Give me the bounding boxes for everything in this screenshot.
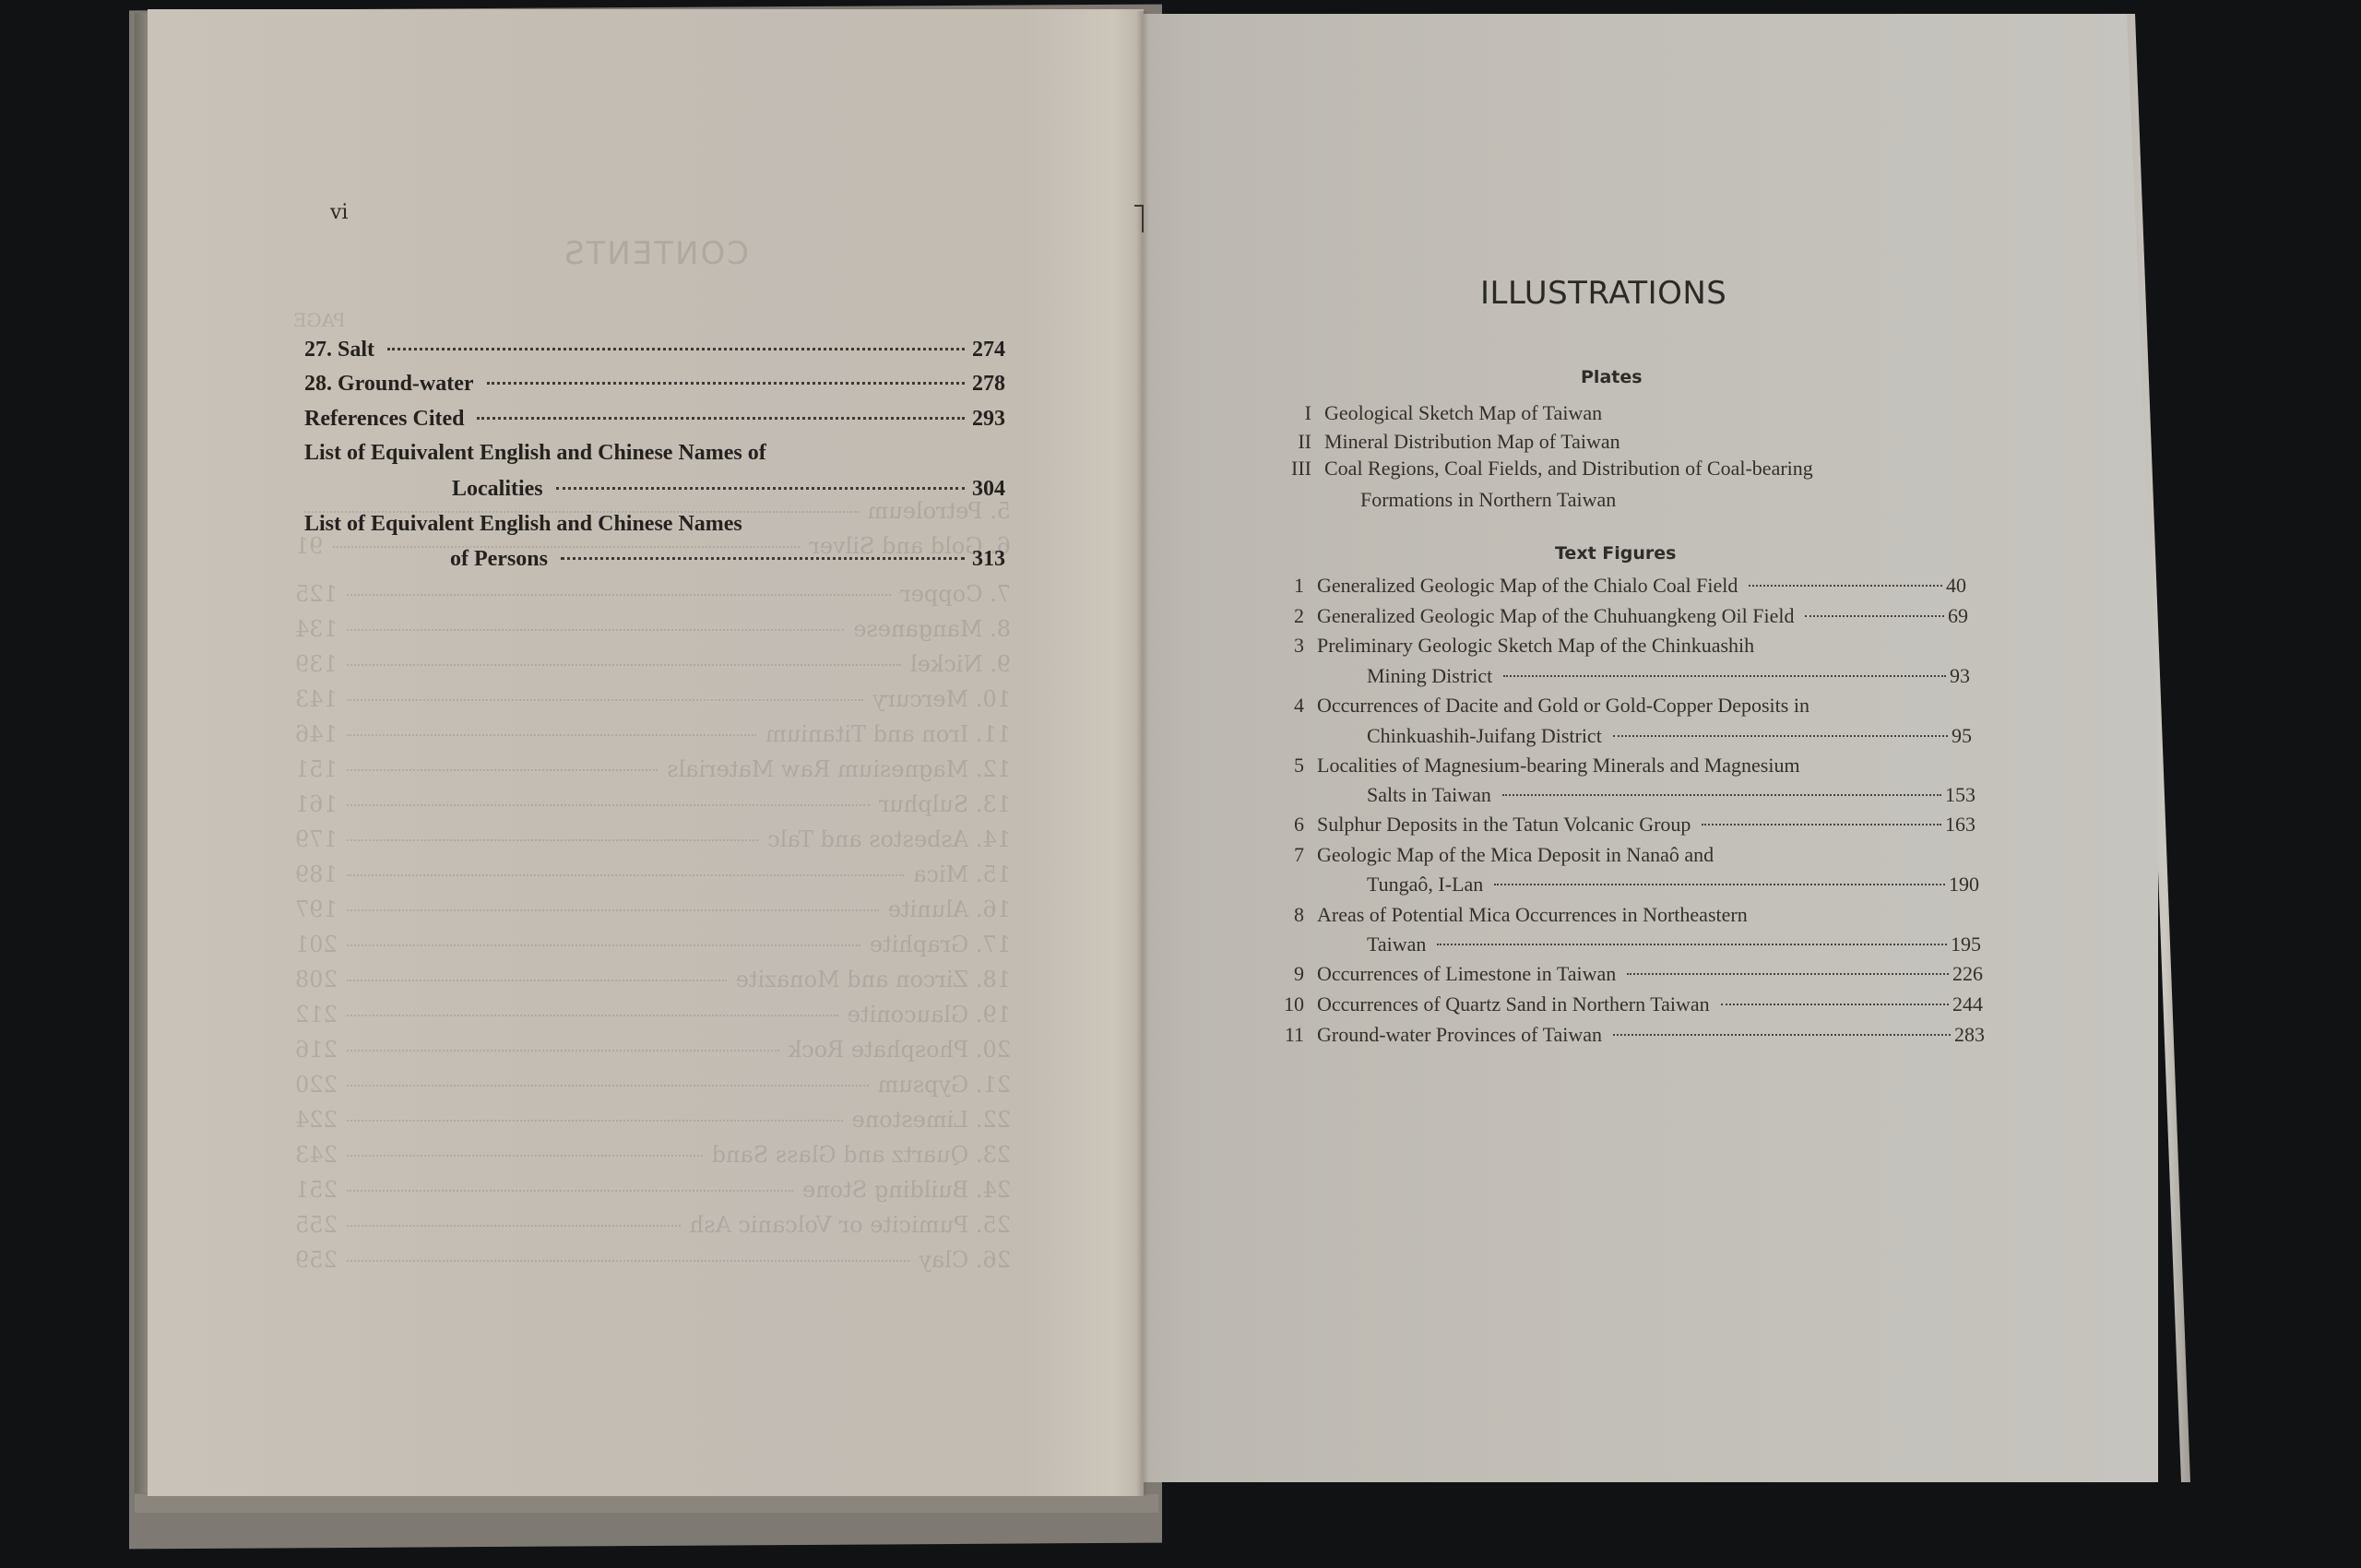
figure-entry[interactable]: 3Preliminary Geologic Sketch Map of the … (1273, 634, 1983, 661)
plate-entry[interactable]: IIICoal Regions, Coal Fields, and Distri… (1264, 457, 1813, 484)
toc-entry-ground-water[interactable]: 28. Ground-water 278 (304, 372, 1005, 403)
show-through-row: 24. Building Stone251 (295, 1177, 1011, 1205)
show-through-row: 16. Alunite197 (295, 897, 1011, 924)
show-through-page-header: PAGE (293, 309, 346, 331)
text-figures-heading: Text Figures (1555, 543, 1676, 564)
figure-entry-continuation[interactable]: Salts in Taiwan153 (1273, 783, 1975, 811)
toc-entry-references-cited[interactable]: References Cited 293 (304, 407, 1005, 438)
figure-entry[interactable]: 7Geologic Map of the Mica Deposit in Nan… (1273, 843, 1983, 871)
figure-entry-continuation[interactable]: Tungaô, I-Lan190 (1273, 873, 1979, 900)
plate-entry[interactable]: IIMineral Distribution Map of Taiwan (1264, 430, 1620, 457)
page-number: vi (330, 201, 348, 224)
show-through-row: 15. Mica189 (295, 861, 1011, 889)
toc-entry-salt[interactable]: 27. Salt 274 (304, 338, 1005, 369)
figure-entry-continuation[interactable]: Taiwan195 (1273, 932, 1981, 960)
binding-thread (1134, 205, 1144, 232)
show-through-row: 7. Copper125 (295, 581, 1011, 609)
page-title: ILLUSTRATIONS (1480, 275, 1726, 312)
show-through-row: 9. Nickel139 (295, 651, 1011, 679)
dot-leader (556, 487, 965, 490)
figure-entry[interactable]: 9Occurrences of Limestone in Taiwan226 (1273, 962, 1983, 990)
show-through-row: 21. Gypsum220 (295, 1072, 1011, 1099)
show-through-row: 25. Pumicite or Volcanic Ash255 (295, 1212, 1011, 1240)
figure-entry[interactable]: 10Occurrences of Quartz Sand in Northern… (1273, 992, 1983, 1020)
show-through-row: 17. Graphite201 (295, 932, 1011, 959)
dot-leader (487, 382, 965, 385)
toc-entry-persons-line1[interactable]: List of Equivalent English and Chinese N… (304, 512, 1005, 543)
show-through-row: 26. Clay259 (295, 1247, 1011, 1275)
show-through-row: 13. Sulphur161 (295, 791, 1011, 819)
plates-heading: Plates (1581, 367, 1643, 387)
show-through-row: 8. Manganese134 (295, 616, 1011, 644)
figure-entry[interactable]: 2Generalized Geologic Map of the Chuhuan… (1273, 604, 1968, 632)
figure-entry[interactable]: 11Ground-water Provinces of Taiwan283 (1273, 1023, 1985, 1051)
figure-entry[interactable]: 8Areas of Potential Mica Occurrences in … (1273, 903, 1983, 931)
dot-leader (477, 417, 965, 420)
show-through-title: CONTENTS (563, 235, 749, 272)
toc-entry-localities[interactable]: Localities 304 (304, 477, 1005, 508)
show-through-row: 23. Quartz and Glass Sand243 (295, 1142, 1011, 1170)
show-through-row: 10. Mercury143 (295, 686, 1011, 714)
figure-entry[interactable]: 4Occurrences of Dacite and Gold or Gold-… (1273, 694, 1983, 721)
page-stack-bottom (135, 1494, 1158, 1513)
show-through-row: 14. Asbestos and Talc179 (295, 826, 1011, 854)
figure-entry[interactable]: 6Sulphur Deposits in the Tatun Volcanic … (1273, 813, 1975, 840)
show-through-row: 19. Glauconite212 (295, 1002, 1011, 1029)
figure-entry-continuation[interactable]: Mining District93 (1273, 664, 1970, 692)
plate-entry[interactable]: IGeological Sketch Map of Taiwan (1264, 401, 1602, 429)
figure-entry[interactable]: 5Localities of Magnesium-bearing Mineral… (1273, 754, 1983, 781)
show-through-row: 11. Iron and Titanium146 (295, 721, 1011, 749)
dot-leader (387, 348, 965, 350)
show-through-row: 20. Phosphate Rock216 (295, 1037, 1011, 1064)
show-through-row: 12. Magnesium Raw Materials151 (295, 756, 1011, 784)
plate-entry-continuation: Formations in Northern Taiwan (1360, 488, 1616, 512)
show-through-row: 22. Limestone224 (295, 1107, 1011, 1134)
figure-entry-continuation[interactable]: Chinkuashih-Juifang District95 (1273, 724, 1972, 752)
figure-entry[interactable]: 1Generalized Geologic Map of the Chialo … (1273, 574, 1966, 601)
show-through-row: 18. Zircon and Monazite208 (295, 967, 1011, 994)
toc-entry-persons[interactable]: of Persons 313 (304, 547, 1005, 578)
book-gutter (1136, 11, 1149, 1496)
dot-leader (561, 557, 965, 560)
toc-entry-localities-line1[interactable]: List of Equivalent English and Chinese N… (304, 441, 1005, 472)
